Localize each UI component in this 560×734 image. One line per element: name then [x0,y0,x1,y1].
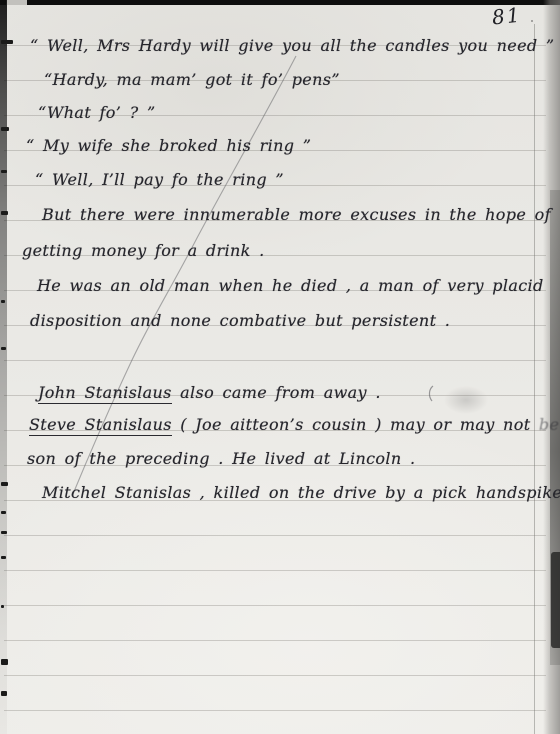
underlined-name: Steve Stanislaus [29,415,172,436]
rule-line [4,535,546,536]
stitch-mark [1,127,9,131]
handwriting-segment: getting money for a drink . [22,241,265,260]
handwriting-segment: son of the preceding . He lived at Linco… [27,449,415,468]
underlined-name: John Stanislaus [38,383,172,404]
page-edge-line [534,24,535,734]
rule-line [4,640,546,641]
handwriting-line: John Stanislaus also came from away . [38,383,381,402]
notebook-page: 81 “ Well, Mrs Hardy will give you all t… [0,0,560,734]
stitch-mark [1,347,6,350]
page-number: 81 [491,3,523,30]
handwriting-line: “ Well, I’ll pay fo the ring ” [35,170,284,189]
stitch-mark [1,605,4,608]
stitch-mark [1,482,8,486]
handwriting-line: He was an old man when he died , a man o… [37,276,544,295]
stitch-mark [1,211,8,215]
rule-line [4,605,546,606]
rule-line [4,675,546,676]
handwriting-line: son of the preceding . He lived at Linco… [27,449,415,468]
handwriting-line: “What fo’ ? ” [38,103,156,122]
handwriting-line: disposition and none combative but persi… [30,311,450,330]
handwriting-segment: be a [539,415,560,434]
handwriting-segment: “What fo’ ? ” [38,103,156,122]
stitch-mark [1,531,7,534]
binding-edge [0,0,7,734]
page-edge-dark-patch [551,552,560,648]
ink-dot [531,20,533,22]
handwriting-segment: disposition and none combative but persi… [30,311,450,330]
stitch-mark [1,691,7,696]
handwriting-line: Mitchel Stanislas , killed on the drive … [42,483,560,502]
scan-top-edge [0,0,560,5]
stitch-mark [1,170,7,173]
eraser-smudge [444,386,488,414]
stitch-mark [1,511,6,514]
stitch-mark [1,659,8,665]
handwriting-segment: Mitchel Stanislas , killed on the drive … [42,483,560,502]
rule-line [4,570,546,571]
handwriting-segment: “Hardy, ma mam’ got it fo’ pens” [44,70,340,89]
handwriting-segment: “ My wife she broked his ring ” [26,136,311,155]
stitch-mark [1,300,5,303]
small-pencil-hook [429,386,433,401]
handwriting-line: “ Well, Mrs Hardy will give you all the … [30,36,554,55]
handwriting-segment: ( Joe aitteon’s cousin ) may or may not [172,415,539,434]
handwriting-segment: “ Well, Mrs Hardy will give you all the … [30,36,554,55]
handwriting-line: getting money for a drink . [22,241,265,260]
handwriting-line: But there were innumerable more excuses … [42,205,551,224]
handwriting-line: “Hardy, ma mam’ got it fo’ pens” [44,70,340,89]
handwriting-line: Steve Stanislaus ( Joe aitteon’s cousin … [29,415,560,434]
handwriting-segment: “ Well, I’ll pay fo the ring ” [35,170,284,189]
handwriting-segment: He was an old man when he died , a man o… [37,276,544,295]
handwriting-segment: But there were innumerable more excuses … [42,205,551,224]
stitch-mark [1,556,6,559]
rule-line [4,710,546,711]
handwriting-segment: also came from away . [172,383,381,402]
handwriting-line: “ My wife she broked his ring ” [26,136,311,155]
rule-line [4,360,546,361]
stitch-mark [1,40,13,44]
